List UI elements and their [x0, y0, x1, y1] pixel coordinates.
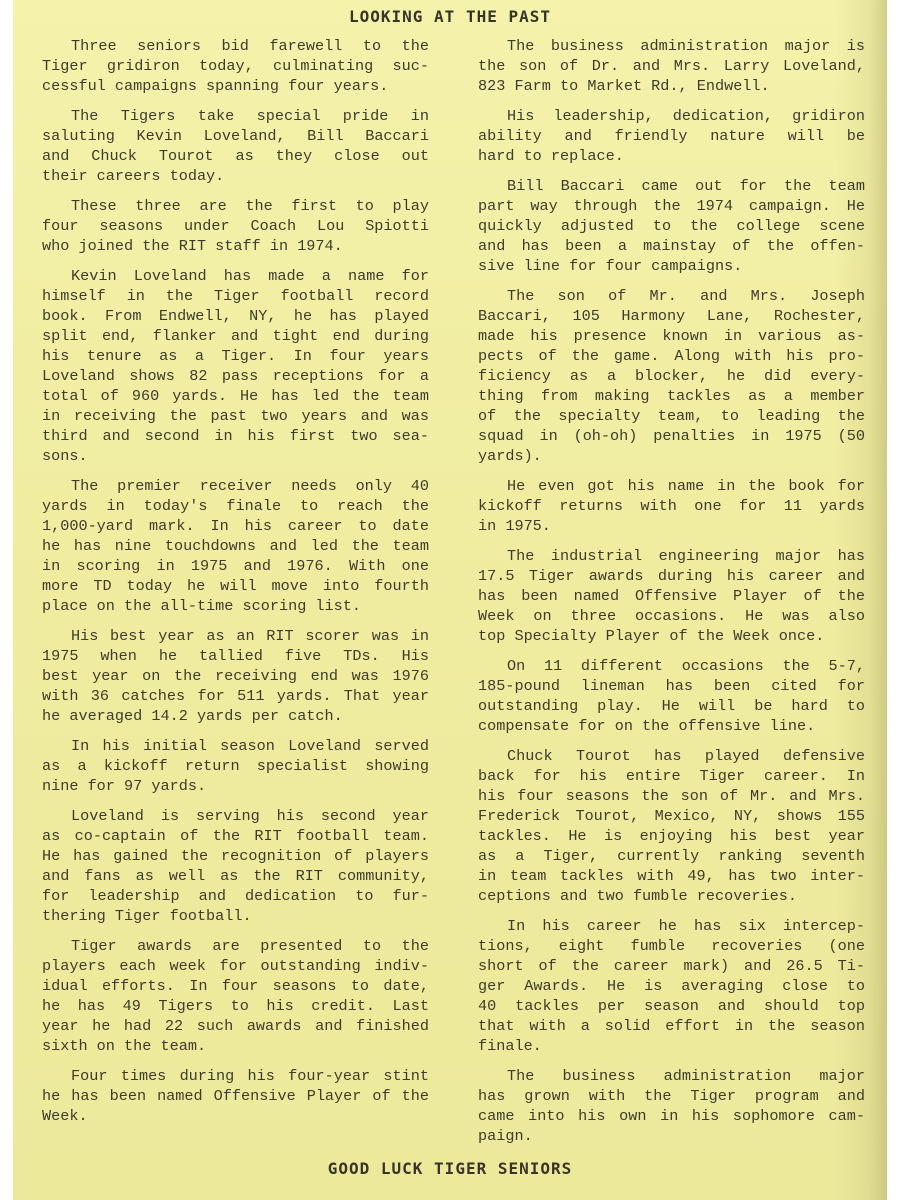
text-line: for leadership and dedication to fur- — [42, 886, 429, 906]
text-line: in receiving the past two years and was — [42, 406, 429, 426]
text-line: top Specialty Player of the Week once. — [478, 626, 865, 646]
text-line: made his presence known in various as- — [478, 326, 865, 346]
text-line: His best year as an RIT scorer was in — [42, 626, 429, 646]
text-line: Chuck Tourot has played defensive — [478, 746, 865, 766]
article-paragraph: Kevin Loveland has made a name forhimsel… — [42, 266, 429, 466]
text-line: 40 tackles per season and should top — [478, 996, 865, 1016]
text-line: in scoring in 1975 and 1976. With one — [42, 556, 429, 576]
text-line: Loveland shows 82 pass receptions for a — [42, 366, 429, 386]
text-line: paign. — [478, 1126, 865, 1146]
text-line: squad in (oh-oh) penalties in 1975 (50 — [478, 426, 865, 446]
text-line: thering Tiger football. — [42, 906, 429, 926]
text-line: back for his entire Tiger career. In — [478, 766, 865, 786]
text-line: his tenure as a Tiger. In four years — [42, 346, 429, 366]
article-paragraph: Tiger awards are presented to theplayers… — [42, 936, 429, 1056]
text-line: sixth on the team. — [42, 1036, 429, 1056]
text-line: as co-captain of the RIT football team. — [42, 826, 429, 846]
newsletter-page: LOOKING AT THE PAST Three seniors bid fa… — [13, 0, 887, 1200]
article-paragraph: The son of Mr. and Mrs. JosephBaccari, 1… — [478, 286, 865, 466]
text-line: The son of Mr. and Mrs. Joseph — [478, 286, 865, 306]
article-paragraph: The business administration majorhas gro… — [478, 1066, 865, 1146]
text-line: His leadership, dedication, gridiron — [478, 106, 865, 126]
text-line: In his initial season Loveland served — [42, 736, 429, 756]
text-line: Bill Baccari came out for the team — [478, 176, 865, 196]
text-line: in team tackles with 49, has two inter- — [478, 866, 865, 886]
text-line: he averaged 14.2 yards per catch. — [42, 706, 429, 726]
text-line: their careers today. — [42, 166, 429, 186]
text-line: idual efforts. In four seasons to date, — [42, 976, 429, 996]
article-paragraph: Bill Baccari came out for the teampart w… — [478, 176, 865, 276]
text-line: players each week for outstanding indiv- — [42, 956, 429, 976]
text-line: that with a solid effort in the season — [478, 1016, 865, 1036]
text-line: the son of Dr. and Mrs. Larry Loveland, — [478, 56, 865, 76]
text-line: The business administration major is — [478, 36, 865, 56]
text-line: and has been a mainstay of the offen- — [478, 236, 865, 256]
text-line: came into his own in his sophomore cam- — [478, 1106, 865, 1126]
article-paragraph: In his initial season Loveland servedas … — [42, 736, 429, 796]
text-line: 823 Farm to Market Rd., Endwell. — [478, 76, 865, 96]
text-line: Baccari, 105 Harmony Lane, Rochester, — [478, 306, 865, 326]
text-line: cessful campaigns spanning four years. — [42, 76, 429, 96]
text-line: third and second in his first two sea- — [42, 426, 429, 446]
text-line: ability and friendly nature will be — [478, 126, 865, 146]
article-paragraph: In his career he has six intercep-tions,… — [478, 916, 865, 1056]
text-line: yards). — [478, 446, 865, 466]
text-line: The industrial engineering major has — [478, 546, 865, 566]
article-paragraph: His best year as an RIT scorer was in197… — [42, 626, 429, 726]
right-column: The business administration major isthe … — [478, 36, 865, 1156]
text-line: he has 49 Tigers to his credit. Last — [42, 996, 429, 1016]
text-line: who joined the RIT staff in 1974. — [42, 236, 429, 256]
text-line: nine for 97 yards. — [42, 776, 429, 796]
text-line: and fans as well as the RIT community, — [42, 866, 429, 886]
text-line: outstanding play. He will be hard to — [478, 696, 865, 716]
text-line: Week. — [42, 1106, 429, 1126]
text-line: Week on three occasions. He was also — [478, 606, 865, 626]
article-paragraph: Four times during his four-year stinthe … — [42, 1066, 429, 1126]
text-line: in 1975. — [478, 516, 865, 536]
text-line: he has been named Offensive Player of th… — [42, 1086, 429, 1106]
text-line: tions, eight fumble recoveries (one — [478, 936, 865, 956]
text-line: book. From Endwell, NY, he has played — [42, 306, 429, 326]
text-line: 185-pound lineman has been cited for — [478, 676, 865, 696]
text-line: himself in the Tiger football record — [42, 286, 429, 306]
article-paragraph: These three are the first to playfour se… — [42, 196, 429, 256]
article-paragraph: His leadership, dedication, gridironabil… — [478, 106, 865, 166]
text-line: has grown with the Tiger program and — [478, 1086, 865, 1106]
article-paragraph: The Tigers take special pride insaluting… — [42, 106, 429, 186]
text-line: finale. — [478, 1036, 865, 1056]
page-title: LOOKING AT THE PAST — [13, 7, 887, 26]
text-line: and Chuck Tourot as they close out — [42, 146, 429, 166]
text-line: Tiger gridiron today, culminating suc- — [42, 56, 429, 76]
left-column: Three seniors bid farewell to theTiger g… — [42, 36, 429, 1136]
text-line: pects of the game. Along with his pro- — [478, 346, 865, 366]
text-line: The Tigers take special pride in — [42, 106, 429, 126]
text-line: split end, flanker and tight end during — [42, 326, 429, 346]
text-line: four seasons under Coach Lou Spiotti — [42, 216, 429, 236]
text-line: yards in today's finale to reach the — [42, 496, 429, 516]
text-line: Loveland is serving his second year — [42, 806, 429, 826]
text-line: ficiency as a blocker, he did every- — [478, 366, 865, 386]
text-line: 17.5 Tiger awards during his career and — [478, 566, 865, 586]
text-line: 1975 when he tallied five TDs. His — [42, 646, 429, 666]
text-line: Kevin Loveland has made a name for — [42, 266, 429, 286]
text-line: year he had 22 such awards and finished — [42, 1016, 429, 1036]
article-paragraph: Loveland is serving his second yearas co… — [42, 806, 429, 926]
text-line: with 36 catches for 511 yards. That year — [42, 686, 429, 706]
text-line: 1,000-yard mark. In his career to date — [42, 516, 429, 536]
text-line: tackles. He is enjoying his best year — [478, 826, 865, 846]
text-line: kickoff returns with one for 11 yards — [478, 496, 865, 516]
text-line: short of the career mark) and 26.5 Ti- — [478, 956, 865, 976]
text-line: The business administration major — [478, 1066, 865, 1086]
article-paragraph: Chuck Tourot has played defensiveback fo… — [478, 746, 865, 906]
text-line: In his career he has six intercep- — [478, 916, 865, 936]
text-line: best year on the receiving end was 1976 — [42, 666, 429, 686]
text-line: ceptions and two fumble recoveries. — [478, 886, 865, 906]
text-line: saluting Kevin Loveland, Bill Baccari — [42, 126, 429, 146]
text-line: more TD today he will move into fourth — [42, 576, 429, 596]
article-paragraph: He even got his name in the book forkick… — [478, 476, 865, 536]
page-footer: GOOD LUCK TIGER SENIORS — [13, 1159, 887, 1178]
text-line: he has nine touchdowns and led the team — [42, 536, 429, 556]
text-line: his four seasons the son of Mr. and Mrs. — [478, 786, 865, 806]
text-line: These three are the first to play — [42, 196, 429, 216]
text-line: compensate for on the offensive line. — [478, 716, 865, 736]
text-line: The premier receiver needs only 40 — [42, 476, 429, 496]
text-line: He has gained the recognition of players — [42, 846, 429, 866]
article-paragraph: The premier receiver needs only 40yards … — [42, 476, 429, 616]
text-line: He even got his name in the book for — [478, 476, 865, 496]
text-line: Three seniors bid farewell to the — [42, 36, 429, 56]
text-line: has been named Offensive Player of the — [478, 586, 865, 606]
text-line: part way through the 1974 campaign. He — [478, 196, 865, 216]
text-line: Tiger awards are presented to the — [42, 936, 429, 956]
text-line: hard to replace. — [478, 146, 865, 166]
text-line: sons. — [42, 446, 429, 466]
text-line: Four times during his four-year stint — [42, 1066, 429, 1086]
text-line: total of 960 yards. He has led the team — [42, 386, 429, 406]
text-line: On 11 different occasions the 5-7, — [478, 656, 865, 676]
text-line: Frederick Tourot, Mexico, NY, shows 155 — [478, 806, 865, 826]
text-line: sive line for four campaigns. — [478, 256, 865, 276]
article-paragraph: Three seniors bid farewell to theTiger g… — [42, 36, 429, 96]
text-line: as a Tiger, currently ranking seventh — [478, 846, 865, 866]
article-paragraph: On 11 different occasions the 5-7,185-po… — [478, 656, 865, 736]
text-line: as a kickoff return specialist showing — [42, 756, 429, 776]
article-paragraph: The business administration major isthe … — [478, 36, 865, 96]
text-line: quickly adjusted to the college scene — [478, 216, 865, 236]
text-line: of the specialty team, to leading the — [478, 406, 865, 426]
text-line: place on the all-time scoring list. — [42, 596, 429, 616]
text-line: ger Awards. He is averaging close to — [478, 976, 865, 996]
text-line: thing from making tackles as a member — [478, 386, 865, 406]
article-paragraph: The industrial engineering major has17.5… — [478, 546, 865, 646]
